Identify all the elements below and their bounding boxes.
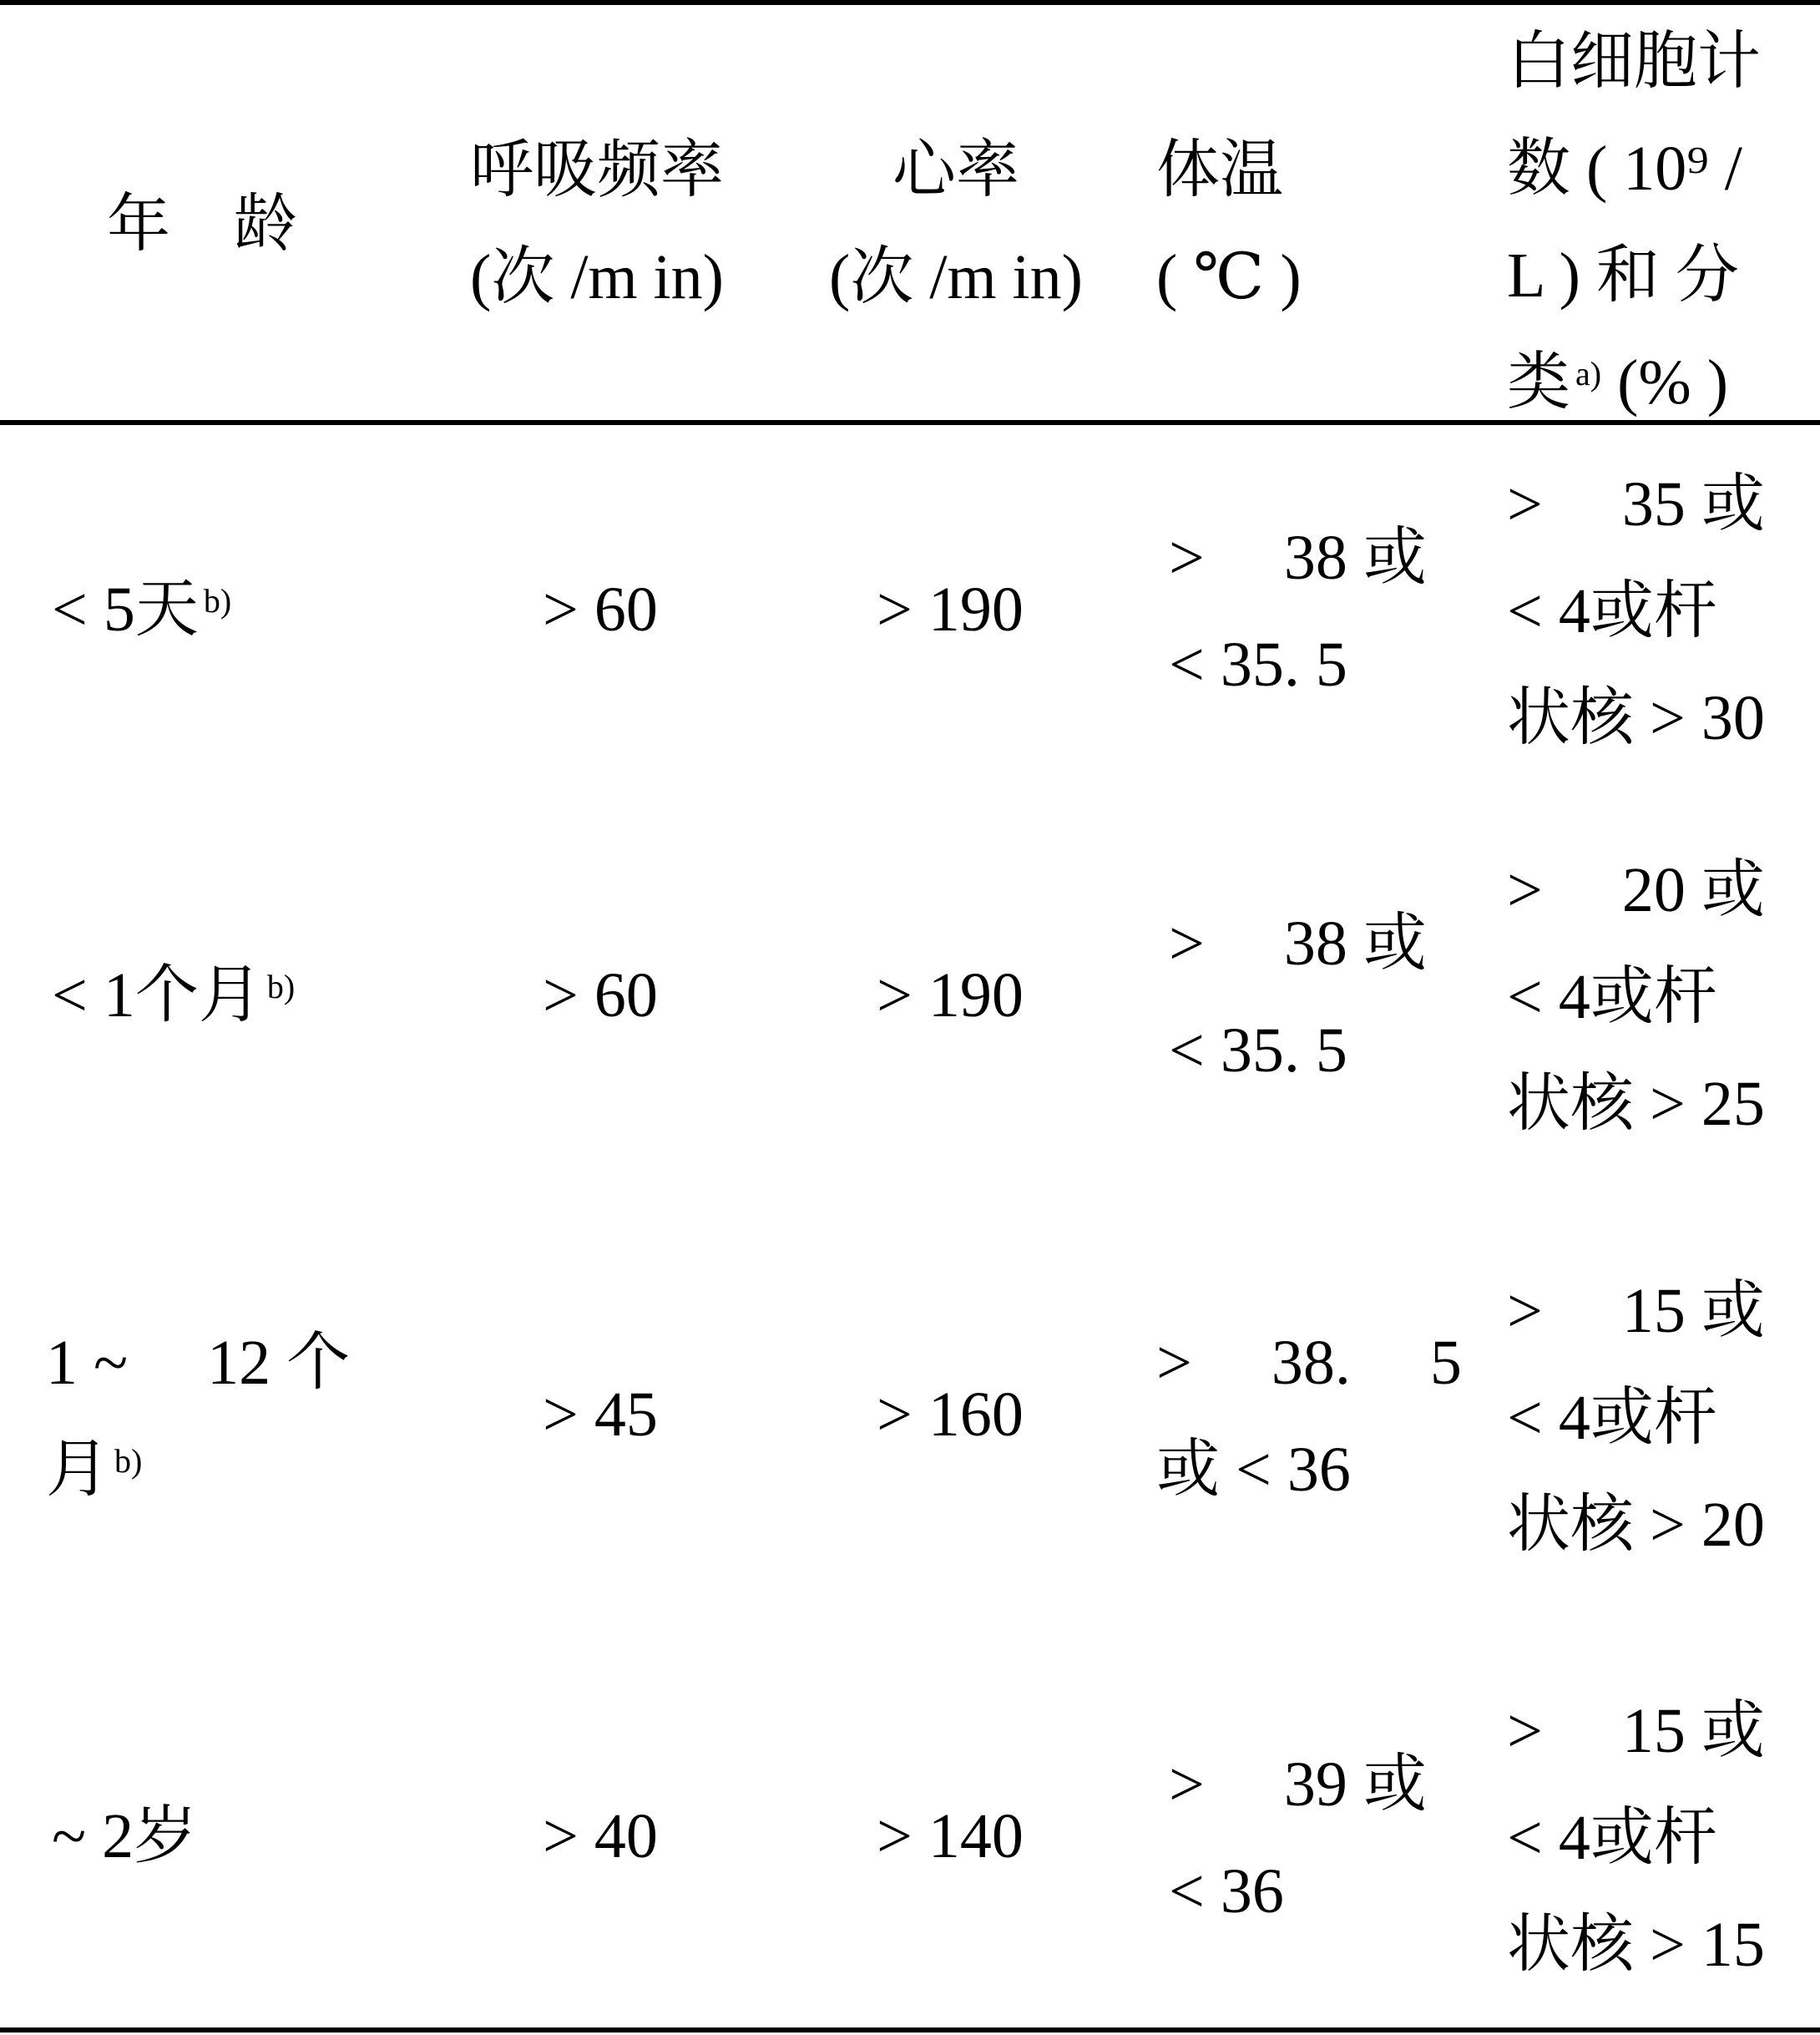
cell-wbc: > 20 或 < 4或杆 状核 > 25: [1507, 837, 1765, 1157]
cell-age: < 1个月b): [52, 942, 295, 1049]
cell-wbc: > 15 或 < 4或杆 状核 > 15: [1507, 1678, 1765, 1998]
cell-temperature: > 39 或 < 36: [1169, 1731, 1427, 1945]
cell-respiratory-rate: > 60: [543, 556, 658, 663]
cell-respiratory-rate: > 60: [543, 942, 658, 1049]
cell-heart-rate: > 160: [877, 1361, 1024, 1468]
cell-age: 1 ~ 12 个 月b): [46, 1309, 350, 1523]
footnote-a: a): [1575, 355, 1601, 392]
header-age: 年 龄: [107, 171, 297, 278]
footnote-b: b): [204, 582, 231, 620]
cell-temperature: > 38 或 < 35. 5: [1169, 890, 1427, 1104]
cell-respiratory-rate: > 40: [543, 1783, 658, 1890]
top-rule: [0, 0, 1820, 5]
header-wbc: 白细胞计 数 ( 10⁹ / L ) 和 分 类a) (% ): [1507, 8, 1761, 436]
bottom-rule: [0, 2027, 1820, 2032]
cell-respiratory-rate: > 45: [543, 1361, 658, 1468]
cell-heart-rate: > 190: [877, 942, 1024, 1049]
cell-age: ~ 2岁: [52, 1783, 197, 1890]
header-heart-rate: 心率 (次 /m in): [814, 117, 1098, 331]
cell-heart-rate: > 190: [877, 556, 1024, 663]
cell-wbc: > 15 或 < 4或杆 状核 > 20: [1507, 1258, 1765, 1578]
footnote-b: b): [267, 968, 295, 1005]
cell-heart-rate: > 140: [877, 1783, 1024, 1890]
cell-temperature: > 38. 5 或 < 36: [1156, 1309, 1462, 1523]
header-respiratory-rate: 呼吸频率 (次 /m in): [455, 117, 739, 331]
cell-wbc: > 35 或 < 4或杆 状核 > 30: [1507, 451, 1765, 772]
cell-age: < 5天b): [52, 556, 231, 663]
footnote-b: b): [114, 1442, 142, 1480]
header-temperature: 体温 ( ℃ ): [1156, 117, 1302, 331]
cell-temperature: > 38 或 < 35. 5: [1169, 504, 1427, 718]
